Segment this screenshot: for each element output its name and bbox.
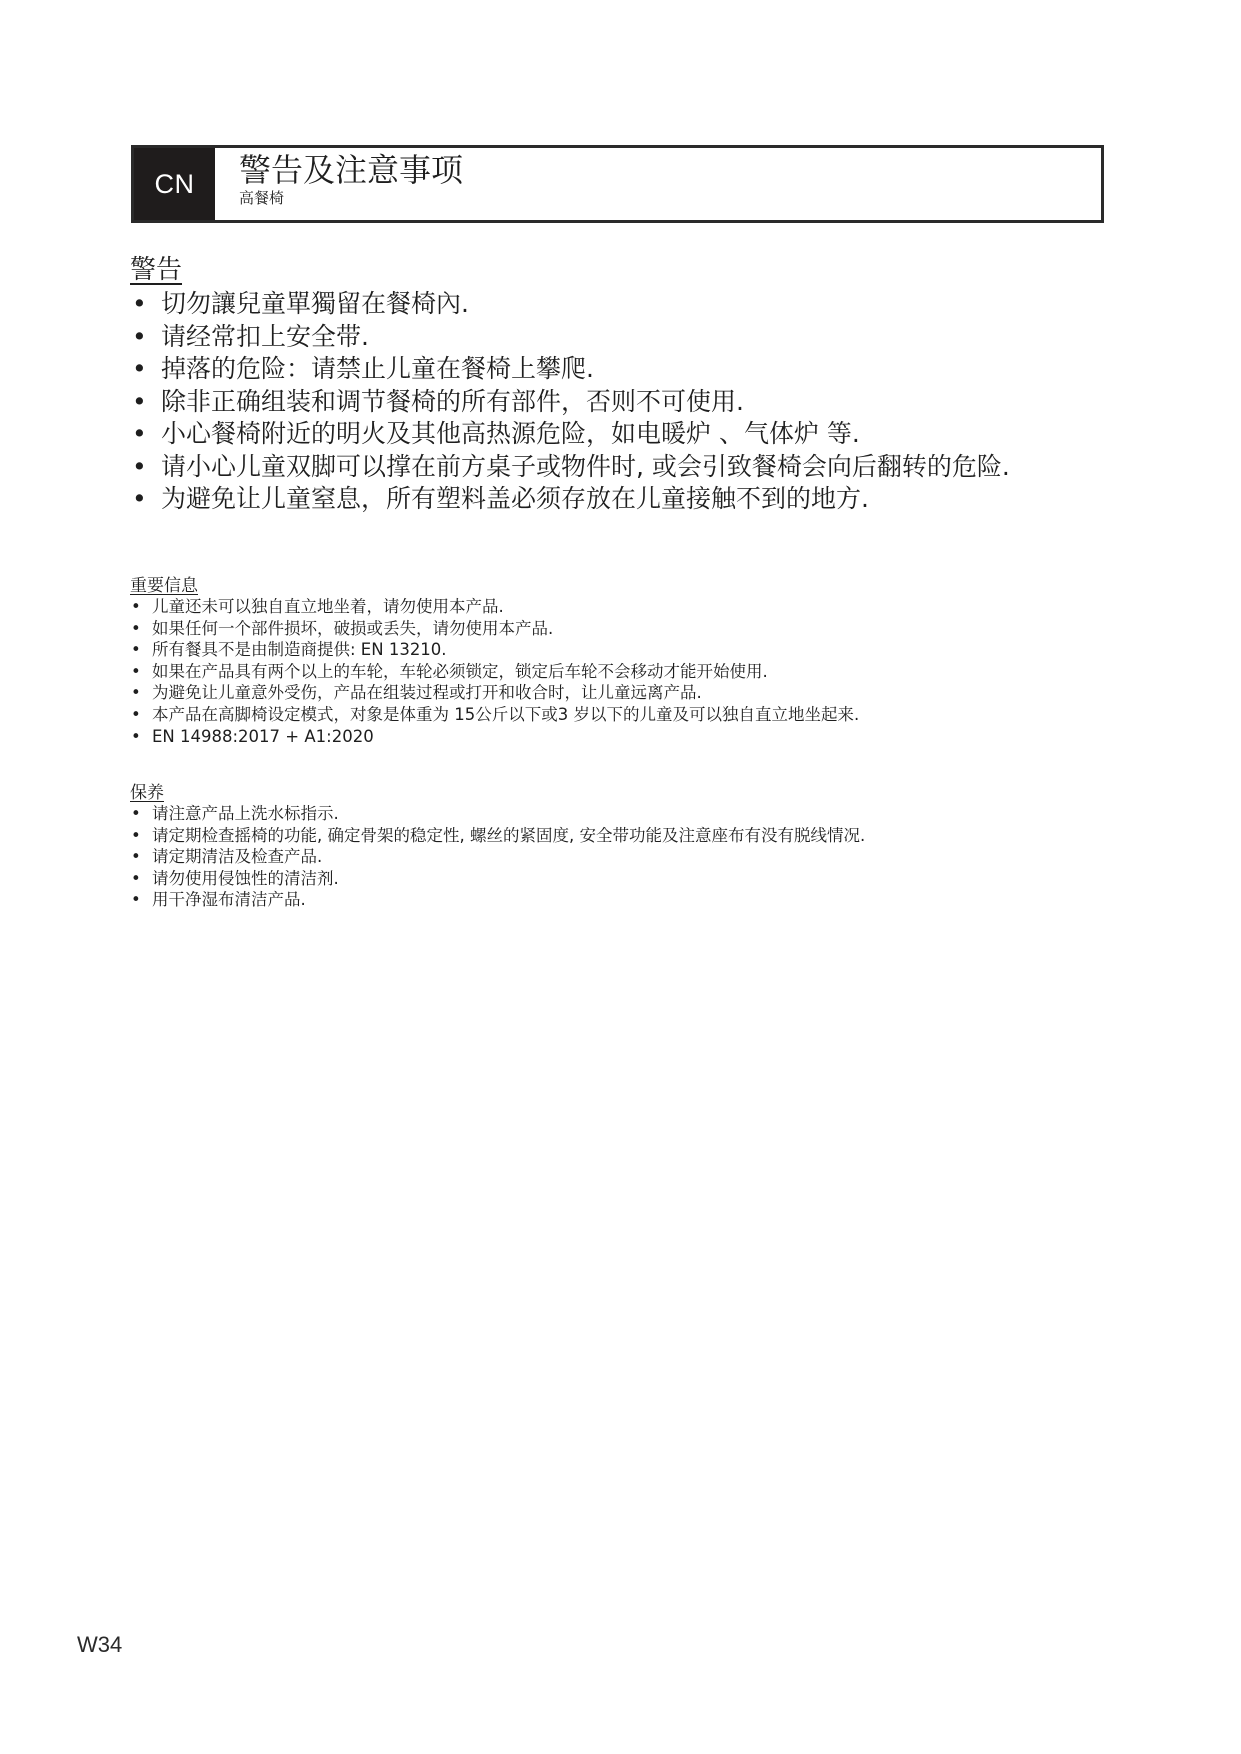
bullet-icon: • [131, 639, 141, 661]
care-item: •请勿使用侵蚀性的清洁剂. [130, 868, 1110, 890]
language-code: CN [155, 169, 195, 200]
document-header: CN 警告及注意事项 高餐椅 [131, 145, 1104, 223]
language-code-badge: CN [134, 148, 215, 220]
important-info-section: 重要信息 •儿童还未可以独自直立地坐着，请勿使用本产品. •如果任何一个部件损坏… [130, 576, 1110, 747]
bullet-icon: • [132, 321, 147, 354]
warnings-list: •切勿讓兒童單獨留在餐椅內. •请经常扣上安全带. •掉落的危险：请禁止儿童在餐… [130, 288, 1110, 516]
bullet-icon: • [131, 682, 141, 704]
warnings-heading: 警告 [130, 254, 1110, 286]
important-info-item: •如果在产品具有两个以上的车轮，车轮必须锁定，锁定后车轮不会移动才能开始使用. [130, 661, 1110, 683]
bullet-icon: • [131, 868, 141, 890]
important-info-item: •本产品在高脚椅设定模式，对象是体重为 15公斤以下或3 岁以下的儿童及可以独自… [130, 704, 1110, 726]
bullet-icon: • [132, 483, 147, 516]
bullet-icon: • [131, 825, 141, 847]
important-info-item: •如果任何一个部件损坏，破损或丢失，请勿使用本产品. [130, 618, 1110, 640]
warning-item: •请小心儿童双脚可以撑在前方桌子或物件时, 或会引致餐椅会向后翻转的危险. [130, 451, 1110, 484]
important-info-item: •EN 14988:2017 + A1:2020 [130, 726, 1110, 748]
bullet-icon: • [131, 846, 141, 868]
warnings-section: 警告 •切勿讓兒童單獨留在餐椅內. •请经常扣上安全带. •掉落的危险：请禁止儿… [130, 254, 1110, 516]
bullet-icon: • [132, 288, 147, 321]
care-item: •用干净湿布清洁产品. [130, 889, 1110, 911]
page-subtitle: 高餐椅 [239, 189, 463, 207]
warning-item: •除非正确组装和调节餐椅的所有部件，否则不可使用. [130, 386, 1110, 419]
header-title-group: 警告及注意事项 高餐椅 [215, 148, 463, 220]
care-item: •请定期清洁及检查产品. [130, 846, 1110, 868]
important-info-heading: 重要信息 [130, 576, 1110, 596]
page-title: 警告及注意事项 [239, 151, 463, 189]
bullet-icon: • [131, 596, 141, 618]
bullet-icon: • [132, 418, 147, 451]
important-info-item: •为避免让儿童意外受伤，产品在组装过程或打开和收合时，让儿童远离产品. [130, 682, 1110, 704]
warning-item: •切勿讓兒童單獨留在餐椅內. [130, 288, 1110, 321]
bullet-icon: • [131, 661, 141, 683]
bullet-icon: • [131, 803, 141, 825]
care-item: •请注意产品上洗水标指示. [130, 803, 1110, 825]
important-info-list: •儿童还未可以独自直立地坐着，请勿使用本产品. •如果任何一个部件损坏，破损或丢… [130, 596, 1110, 747]
bullet-icon: • [132, 386, 147, 419]
warning-item: •小心餐椅附近的明火及其他高热源危险，如电暖炉 、气体炉 等. [130, 418, 1110, 451]
care-list: •请注意产品上洗水标指示. •请定期检查摇椅的功能, 确定骨架的稳定性, 螺丝的… [130, 803, 1110, 911]
page-number: W34 [77, 1632, 122, 1658]
care-item: •请定期检查摇椅的功能, 确定骨架的稳定性, 螺丝的紧固度, 安全带功能及注意座… [130, 825, 1110, 847]
warning-item: •掉落的危险：请禁止儿童在餐椅上攀爬. [130, 353, 1110, 386]
warning-item: •请经常扣上安全带. [130, 321, 1110, 354]
bullet-icon: • [132, 353, 147, 386]
important-info-item: •所有餐具不是由制造商提供: EN 13210. [130, 639, 1110, 661]
bullet-icon: • [131, 726, 141, 748]
bullet-icon: • [131, 618, 141, 640]
bullet-icon: • [131, 889, 141, 911]
care-heading: 保养 [130, 783, 1110, 803]
care-section: 保养 •请注意产品上洗水标指示. •请定期检查摇椅的功能, 确定骨架的稳定性, … [130, 783, 1110, 911]
warning-item: •为避免让儿童窒息，所有塑料盖必须存放在儿童接触不到的地方. [130, 483, 1110, 516]
bullet-icon: • [132, 451, 147, 484]
important-info-item: •儿童还未可以独自直立地坐着，请勿使用本产品. [130, 596, 1110, 618]
bullet-icon: • [131, 704, 141, 726]
